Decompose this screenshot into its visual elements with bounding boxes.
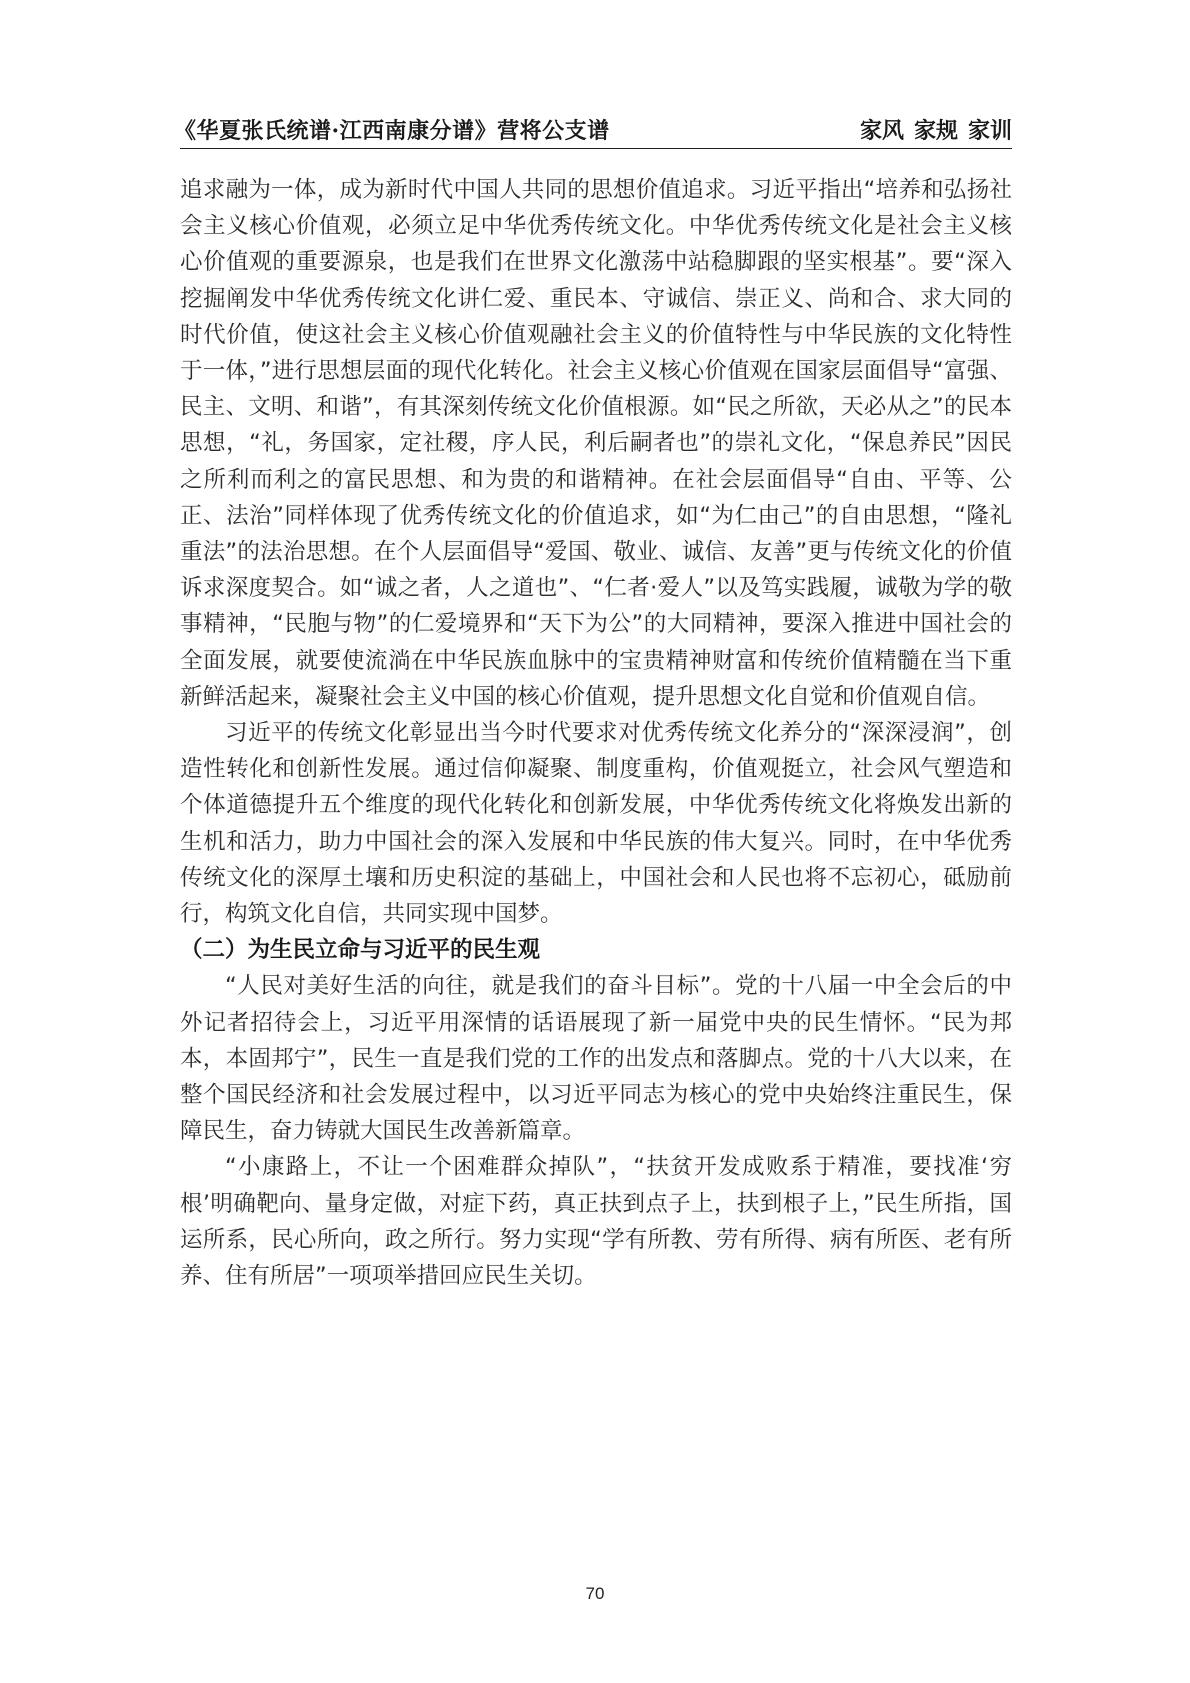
header-tag-family-rules: 家规 — [914, 118, 958, 144]
book-title: 《华夏张氏统谱·江西南康分谱》营将公支谱 — [174, 114, 610, 145]
section-heading: （二）为生民立命与习近平的民生观 — [180, 932, 1012, 968]
paragraph-cultural-transformation: 习近平的传统文化彰显出当今时代要求对优秀传统文化养分的“深深浸润”，创造性转化和… — [180, 715, 1012, 932]
page-number: 70 — [0, 1584, 1190, 1604]
body-text: 追求融为一体，成为新时代中国人共同的思想价值追求。习近平指出“培养和弘扬社会主义… — [180, 172, 1012, 1294]
paragraph-poverty-alleviation: “小康路上，不让一个困难群众掉队”，“扶贫开发成败系于精准，要找准‘穷根’明确靶… — [180, 1149, 1012, 1294]
header-tags: 家风家规家训 — [850, 114, 1012, 145]
header-tag-family-style: 家风 — [860, 118, 904, 144]
running-header: 《华夏张氏统谱·江西南康分谱》营将公支谱 家风家规家训 — [180, 112, 1012, 149]
paragraph-core-values: 追求融为一体，成为新时代中国人共同的思想价值追求。习近平指出“培养和弘扬社会主义… — [180, 172, 1012, 715]
header-tag-family-teachings: 家训 — [968, 118, 1012, 144]
paragraph-people-livelihood: “人民对美好生活的向往，就是我们的奋斗目标”。党的十八届一中全会后的中外记者招待… — [180, 968, 1012, 1149]
